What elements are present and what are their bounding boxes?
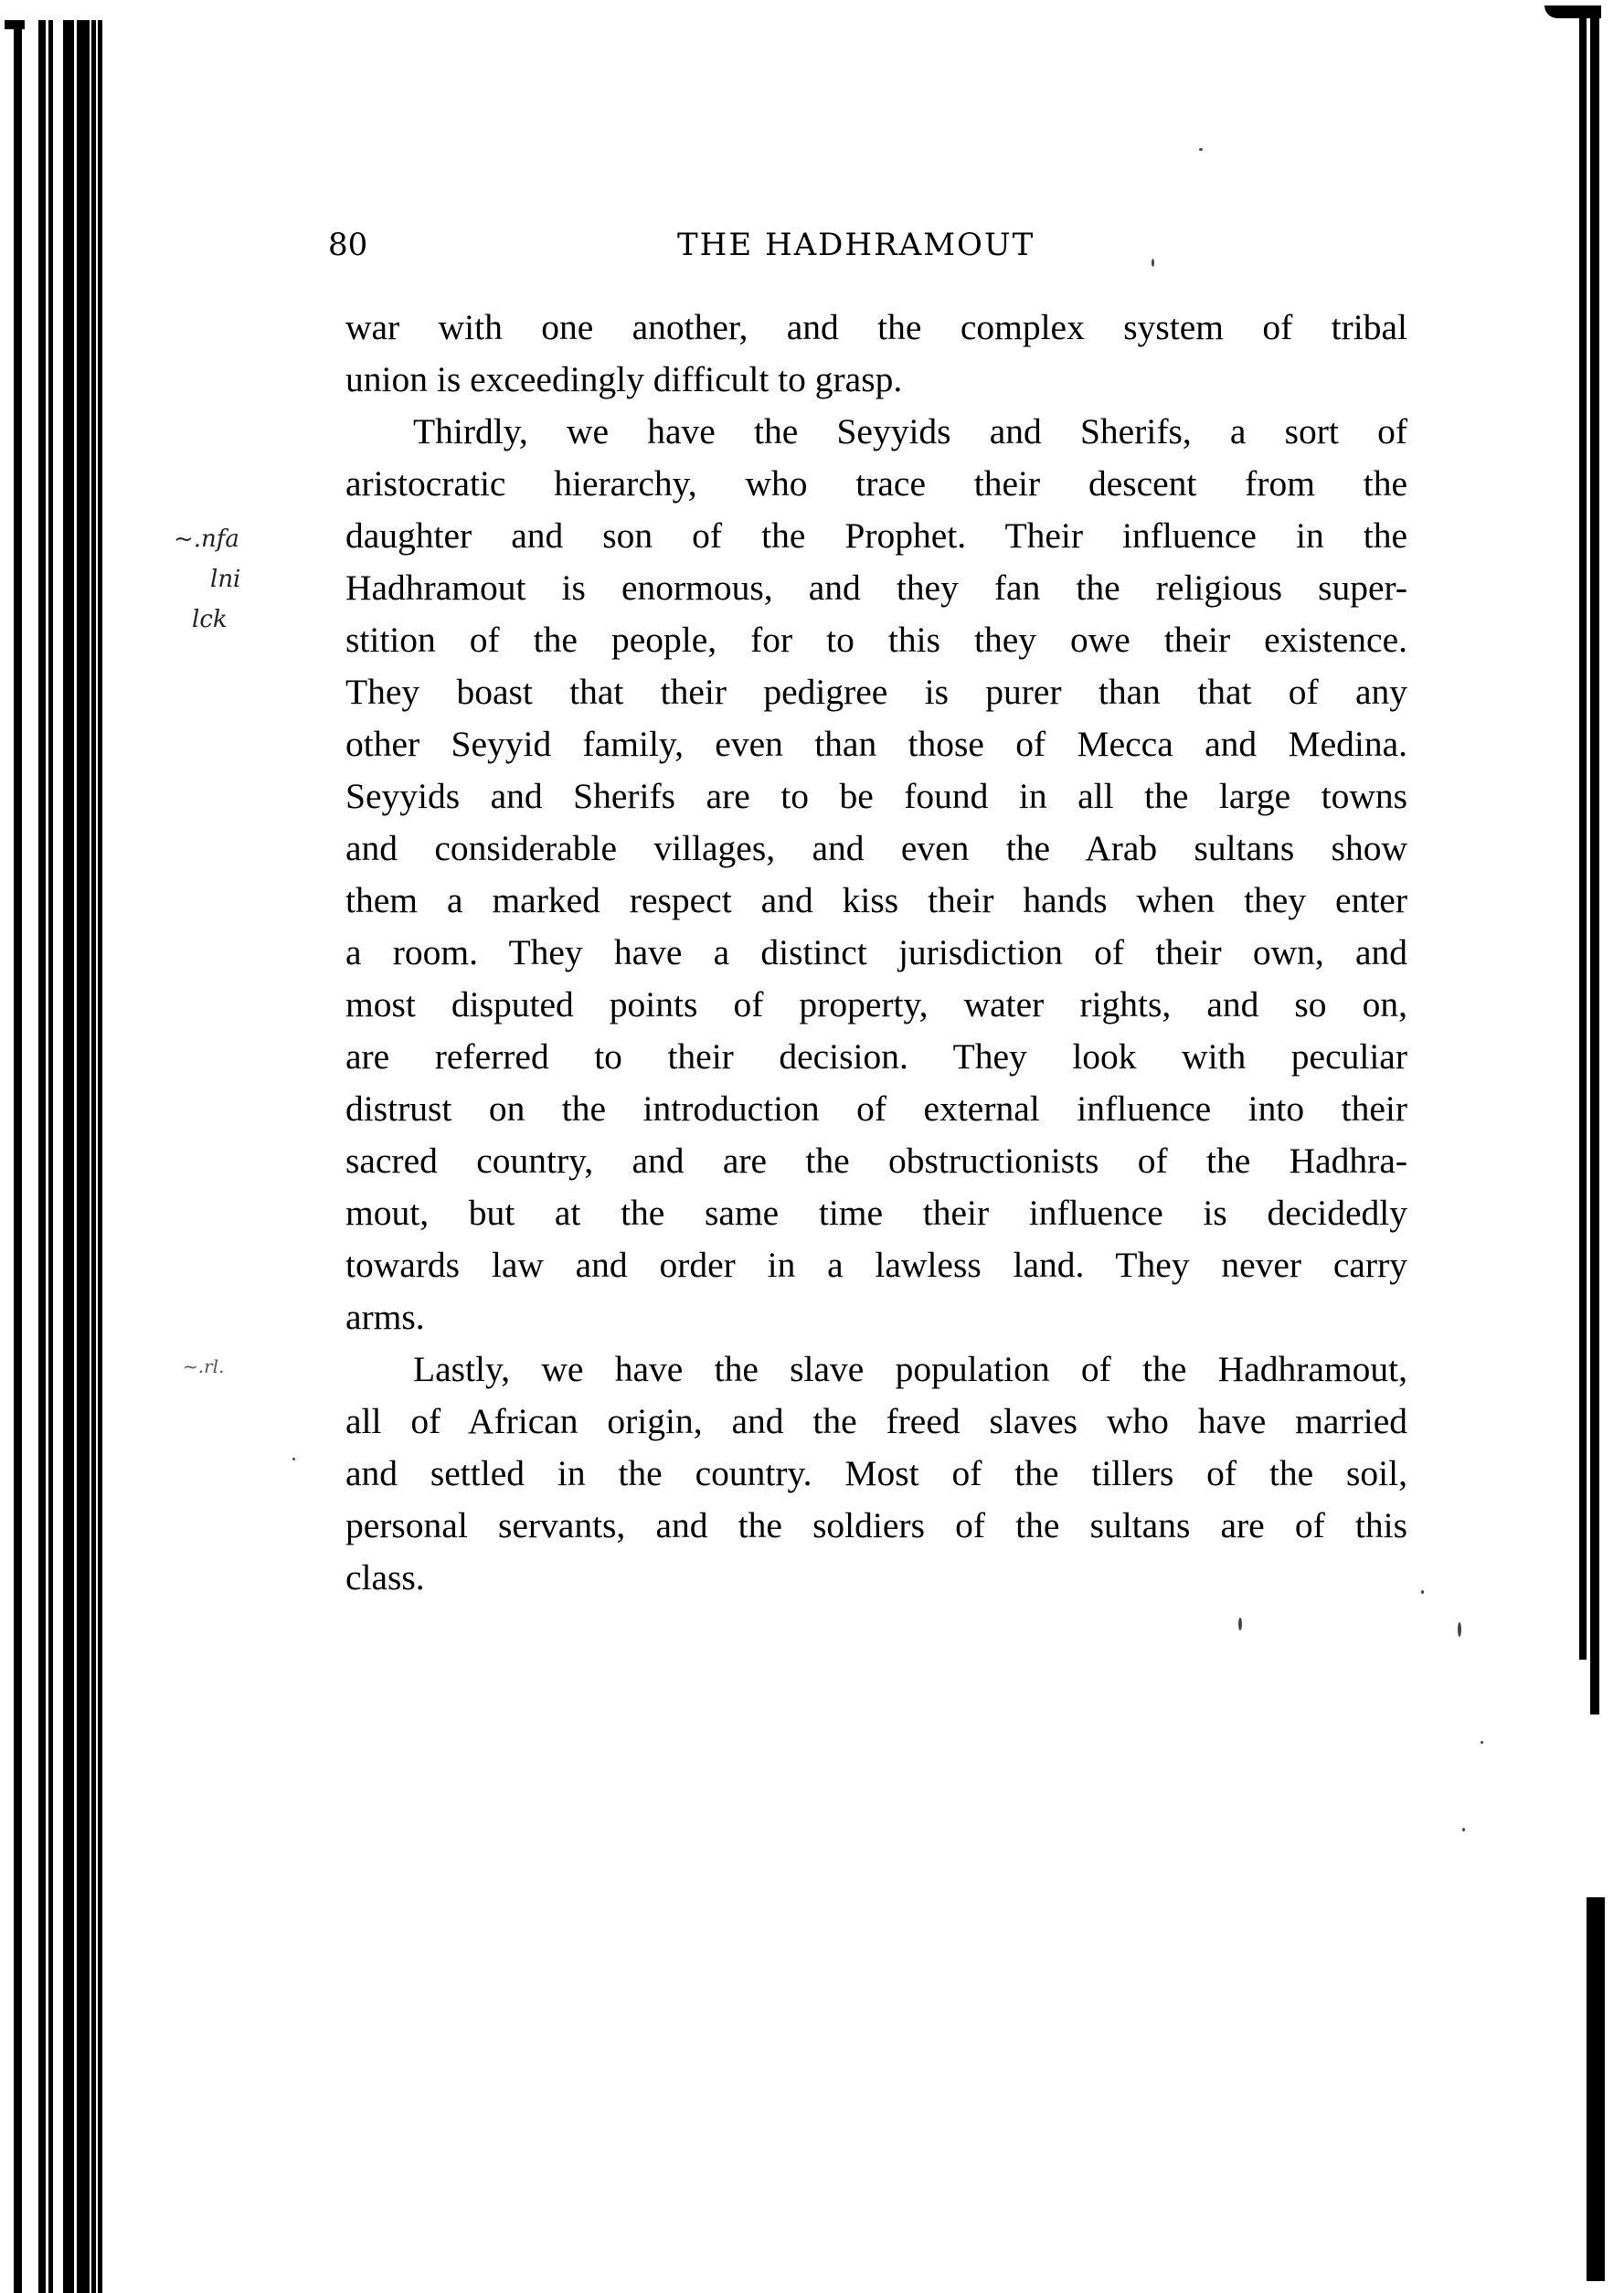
text-line: are referred to their decision. They loo…	[345, 1031, 1407, 1083]
scan-speck	[1458, 1622, 1461, 1637]
scan-speck	[1421, 1590, 1424, 1594]
text-line: class.	[345, 1552, 1407, 1604]
handwritten-margin-note: ~.nfa lni lck	[165, 519, 302, 640]
text-line: distrust on the introduction of external…	[345, 1083, 1407, 1135]
text-line: most disputed points of property, water …	[345, 979, 1407, 1031]
scan-speck	[1152, 259, 1154, 267]
text-line: arms.	[345, 1291, 1407, 1343]
scan-speck	[1394, 640, 1396, 642]
text-line: Hadhramout is enormous, and they fan the…	[345, 562, 1407, 614]
scan-speck	[1238, 1618, 1242, 1630]
text-line: daughter and son of the Prophet. Their i…	[345, 510, 1407, 562]
body-text: war with one another, and the complex sy…	[345, 302, 1407, 1604]
margin-note-line: ~.rl.	[183, 1353, 320, 1380]
text-line: stition of the people, for to this they …	[345, 614, 1407, 666]
text-line: Seyyids and Sherifs are to be found in a…	[345, 770, 1407, 823]
scan-speck	[1462, 1828, 1465, 1831]
scanned-book-page: 80 THE HADHRAMOUT war with one another, …	[0, 0, 1624, 2293]
text-line: a room. They have a distinct jurisdictio…	[345, 927, 1407, 979]
text-line: all of African origin, and the freed sla…	[345, 1396, 1407, 1448]
binding-edge-left	[0, 20, 108, 2293]
text-line: They boast that their pedigree is purer …	[345, 666, 1407, 718]
margin-note-line: ~.nfa	[165, 519, 302, 559]
text-line: sacred country, and are the obstructioni…	[345, 1135, 1407, 1187]
text-line: them a marked respect and kiss their han…	[345, 875, 1407, 927]
page-edge-right	[1544, 5, 1618, 2293]
scan-speck	[1481, 1741, 1483, 1744]
text-line: Thirdly, we have the Seyyids and Sherifs…	[345, 406, 1407, 458]
text-line: aristocratic hierarchy, who trace their …	[345, 458, 1407, 510]
page-number: 80	[328, 227, 367, 263]
text-line: towards law and order in a lawless land.…	[345, 1239, 1407, 1291]
text-line: union is exceedingly difficult to grasp.	[345, 354, 1407, 406]
paragraph-3: Lastly, we have the slave population of …	[345, 1343, 1407, 1604]
text-line: and settled in the country. Most of the …	[345, 1448, 1407, 1500]
margin-note-line: lck	[165, 600, 302, 640]
running-head: 80 THE HADHRAMOUT	[328, 227, 1242, 272]
margin-note-line: lni	[165, 559, 302, 600]
text-line: war with one another, and the complex sy…	[345, 302, 1407, 354]
handwritten-margin-note: ~.rl.	[183, 1353, 320, 1380]
scan-speck	[1199, 148, 1203, 151]
text-line: Lastly, we have the slave population of …	[345, 1343, 1407, 1396]
paragraph-2: Thirdly, we have the Seyyids and Sherifs…	[345, 406, 1407, 1343]
text-line: personal servants, and the soldiers of t…	[345, 1500, 1407, 1552]
text-line: mout, but at the same time their influen…	[345, 1187, 1407, 1239]
scan-speck	[292, 1458, 295, 1460]
text-line: other Seyyid family, even than those of …	[345, 718, 1407, 770]
running-title: THE HADHRAMOUT	[677, 227, 1035, 263]
text-line: and considerable villages, and even the …	[345, 823, 1407, 875]
paragraph-1: war with one another, and the complex sy…	[345, 302, 1407, 406]
